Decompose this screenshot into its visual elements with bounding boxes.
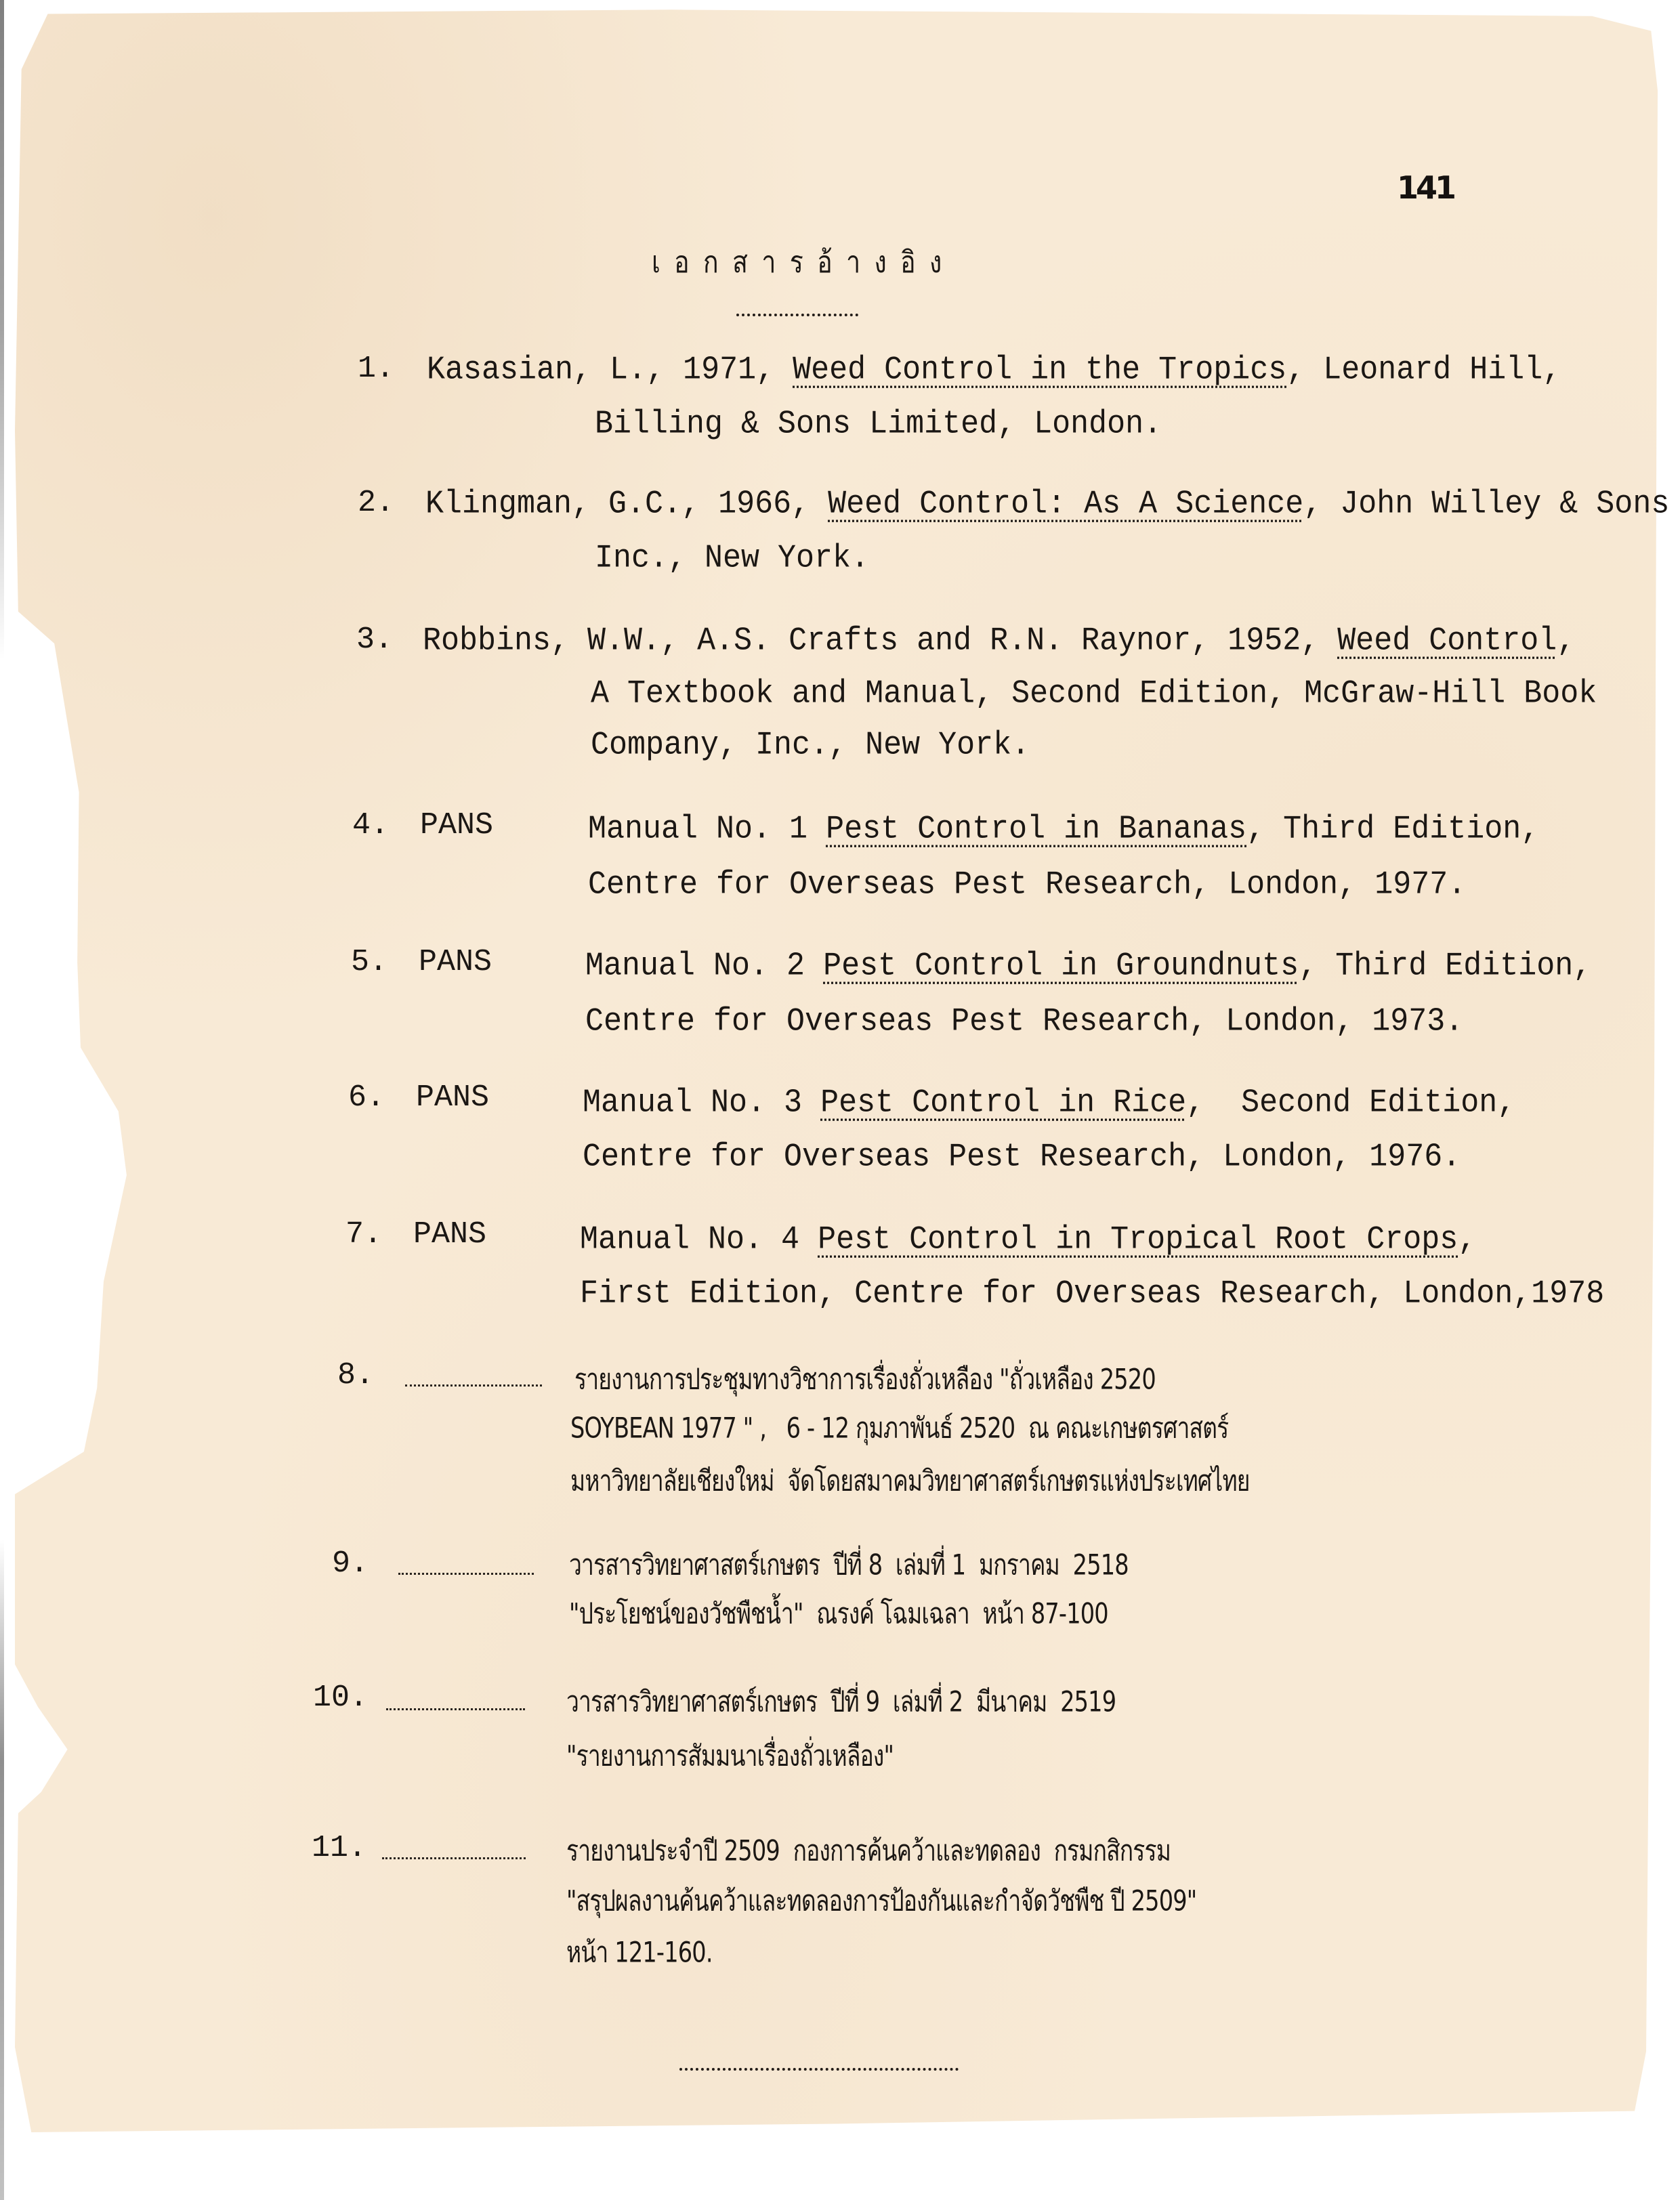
reference-author: PANS bbox=[413, 1219, 486, 1250]
author-dash bbox=[386, 1708, 525, 1710]
reference-line: รายงานประจำปี 2509 กองการค้นคว้าและทดลอง… bbox=[566, 1837, 1171, 1865]
title-underline bbox=[736, 314, 858, 316]
reference-title: Weed Control in the Tropics bbox=[793, 352, 1286, 389]
reference-line: SOYBEAN 1977 " , 6 - 12 กุมภาพันธ์ 2520 … bbox=[570, 1414, 1228, 1443]
reference-title: Pest Control in Rice bbox=[820, 1084, 1186, 1122]
reference-number: 9. bbox=[332, 1548, 369, 1579]
reference-title: Pest Control in Bananas bbox=[826, 811, 1246, 848]
reference-line: Manual No. 3 Pest Control in Rice, Secon… bbox=[583, 1086, 1515, 1120]
reference-number: 1. bbox=[358, 354, 394, 384]
page-number: 141 bbox=[1397, 169, 1454, 206]
paper-sheet bbox=[15, 5, 1658, 2132]
reference-line: A Textbook and Manual, Second Edition, M… bbox=[591, 677, 1597, 711]
reference-author: PANS bbox=[416, 1082, 489, 1113]
reference-line: Billing & Sons Limited, London. bbox=[595, 408, 1162, 441]
reference-title: Weed Control: As A Science bbox=[828, 486, 1303, 523]
author-dash bbox=[382, 1857, 526, 1859]
reference-number: 11. bbox=[312, 1833, 366, 1863]
author-dash bbox=[398, 1573, 534, 1575]
scan-edge-shadow bbox=[0, 0, 4, 2200]
page-title: เอกสารอ้างอิง bbox=[652, 238, 956, 286]
reference-line: Company, Inc., New York. bbox=[591, 729, 1030, 762]
reference-line: Kasasian, L., 1971, Weed Control in the … bbox=[427, 354, 1561, 387]
reference-number: 6. bbox=[348, 1082, 385, 1113]
reference-line: วารสารวิทยาศาสตร์เกษตร ปีที่ 8 เล่มที่ 1… bbox=[569, 1551, 1129, 1580]
reference-line: "สรุปผลงานค้นคว้าและทดลองการป้องกันและกำ… bbox=[566, 1887, 1196, 1916]
reference-number: 8. bbox=[337, 1360, 374, 1391]
reference-line: รายงานการประชุมทางวิชาการเรื่องถั่วเหลือ… bbox=[574, 1366, 1156, 1394]
reference-line: "รายงานการสัมมนาเรื่องถั่วเหลือง" bbox=[566, 1742, 894, 1771]
reference-line: วารสารวิทยาศาสตร์เกษตร ปีที่ 9 เล่มที่ 2… bbox=[566, 1688, 1116, 1716]
reference-line: มหาวิทยาลัยเชียงใหม่ จัดโดยสมาคมวิทยาศาส… bbox=[570, 1467, 1250, 1496]
author-dash bbox=[405, 1384, 542, 1387]
reference-number: 7. bbox=[345, 1219, 382, 1250]
reference-line: Centre for Overseas Pest Research, Londo… bbox=[588, 868, 1466, 902]
reference-line: Manual No. 1 Pest Control in Bananas, Th… bbox=[588, 813, 1539, 846]
reference-line: "ประโยชน์ของวัชพืชน้ำ" ณรงค์ โฉมเฉลา หน้… bbox=[569, 1600, 1108, 1628]
reference-line: Manual No. 4 Pest Control in Tropical Ro… bbox=[580, 1223, 1476, 1256]
reference-line: Centre for Overseas Pest Research, Londo… bbox=[585, 1005, 1463, 1038]
closing-rule bbox=[679, 2068, 959, 2071]
reference-line: Robbins, W.W., A.S. Crafts and R.N. Rayn… bbox=[423, 625, 1575, 658]
reference-author: PANS bbox=[419, 947, 492, 977]
reference-number: 5. bbox=[351, 947, 387, 977]
reference-title: Weed Control bbox=[1337, 622, 1557, 660]
reference-number: 4. bbox=[352, 810, 389, 841]
reference-line: First Edition, Centre for Overseas Resea… bbox=[580, 1277, 1604, 1311]
reference-line: Centre for Overseas Pest Research, Londo… bbox=[583, 1141, 1461, 1174]
reference-title: Pest Control in Groundnuts bbox=[823, 948, 1299, 985]
reference-author: PANS bbox=[420, 810, 493, 841]
reference-line: หน้า 121-160. bbox=[566, 1939, 713, 1967]
reference-title: Pest Control in Tropical Root Crops bbox=[818, 1221, 1458, 1258]
reference-line: Manual No. 2 Pest Control in Groundnuts,… bbox=[585, 950, 1591, 983]
reference-number: 10. bbox=[313, 1683, 368, 1713]
reference-line: Inc., New York. bbox=[595, 542, 869, 575]
reference-line: Klingman, G.C., 1966, Weed Control: As A… bbox=[425, 488, 1669, 521]
reference-number: 2. bbox=[358, 488, 394, 518]
reference-number: 3. bbox=[356, 625, 393, 655]
